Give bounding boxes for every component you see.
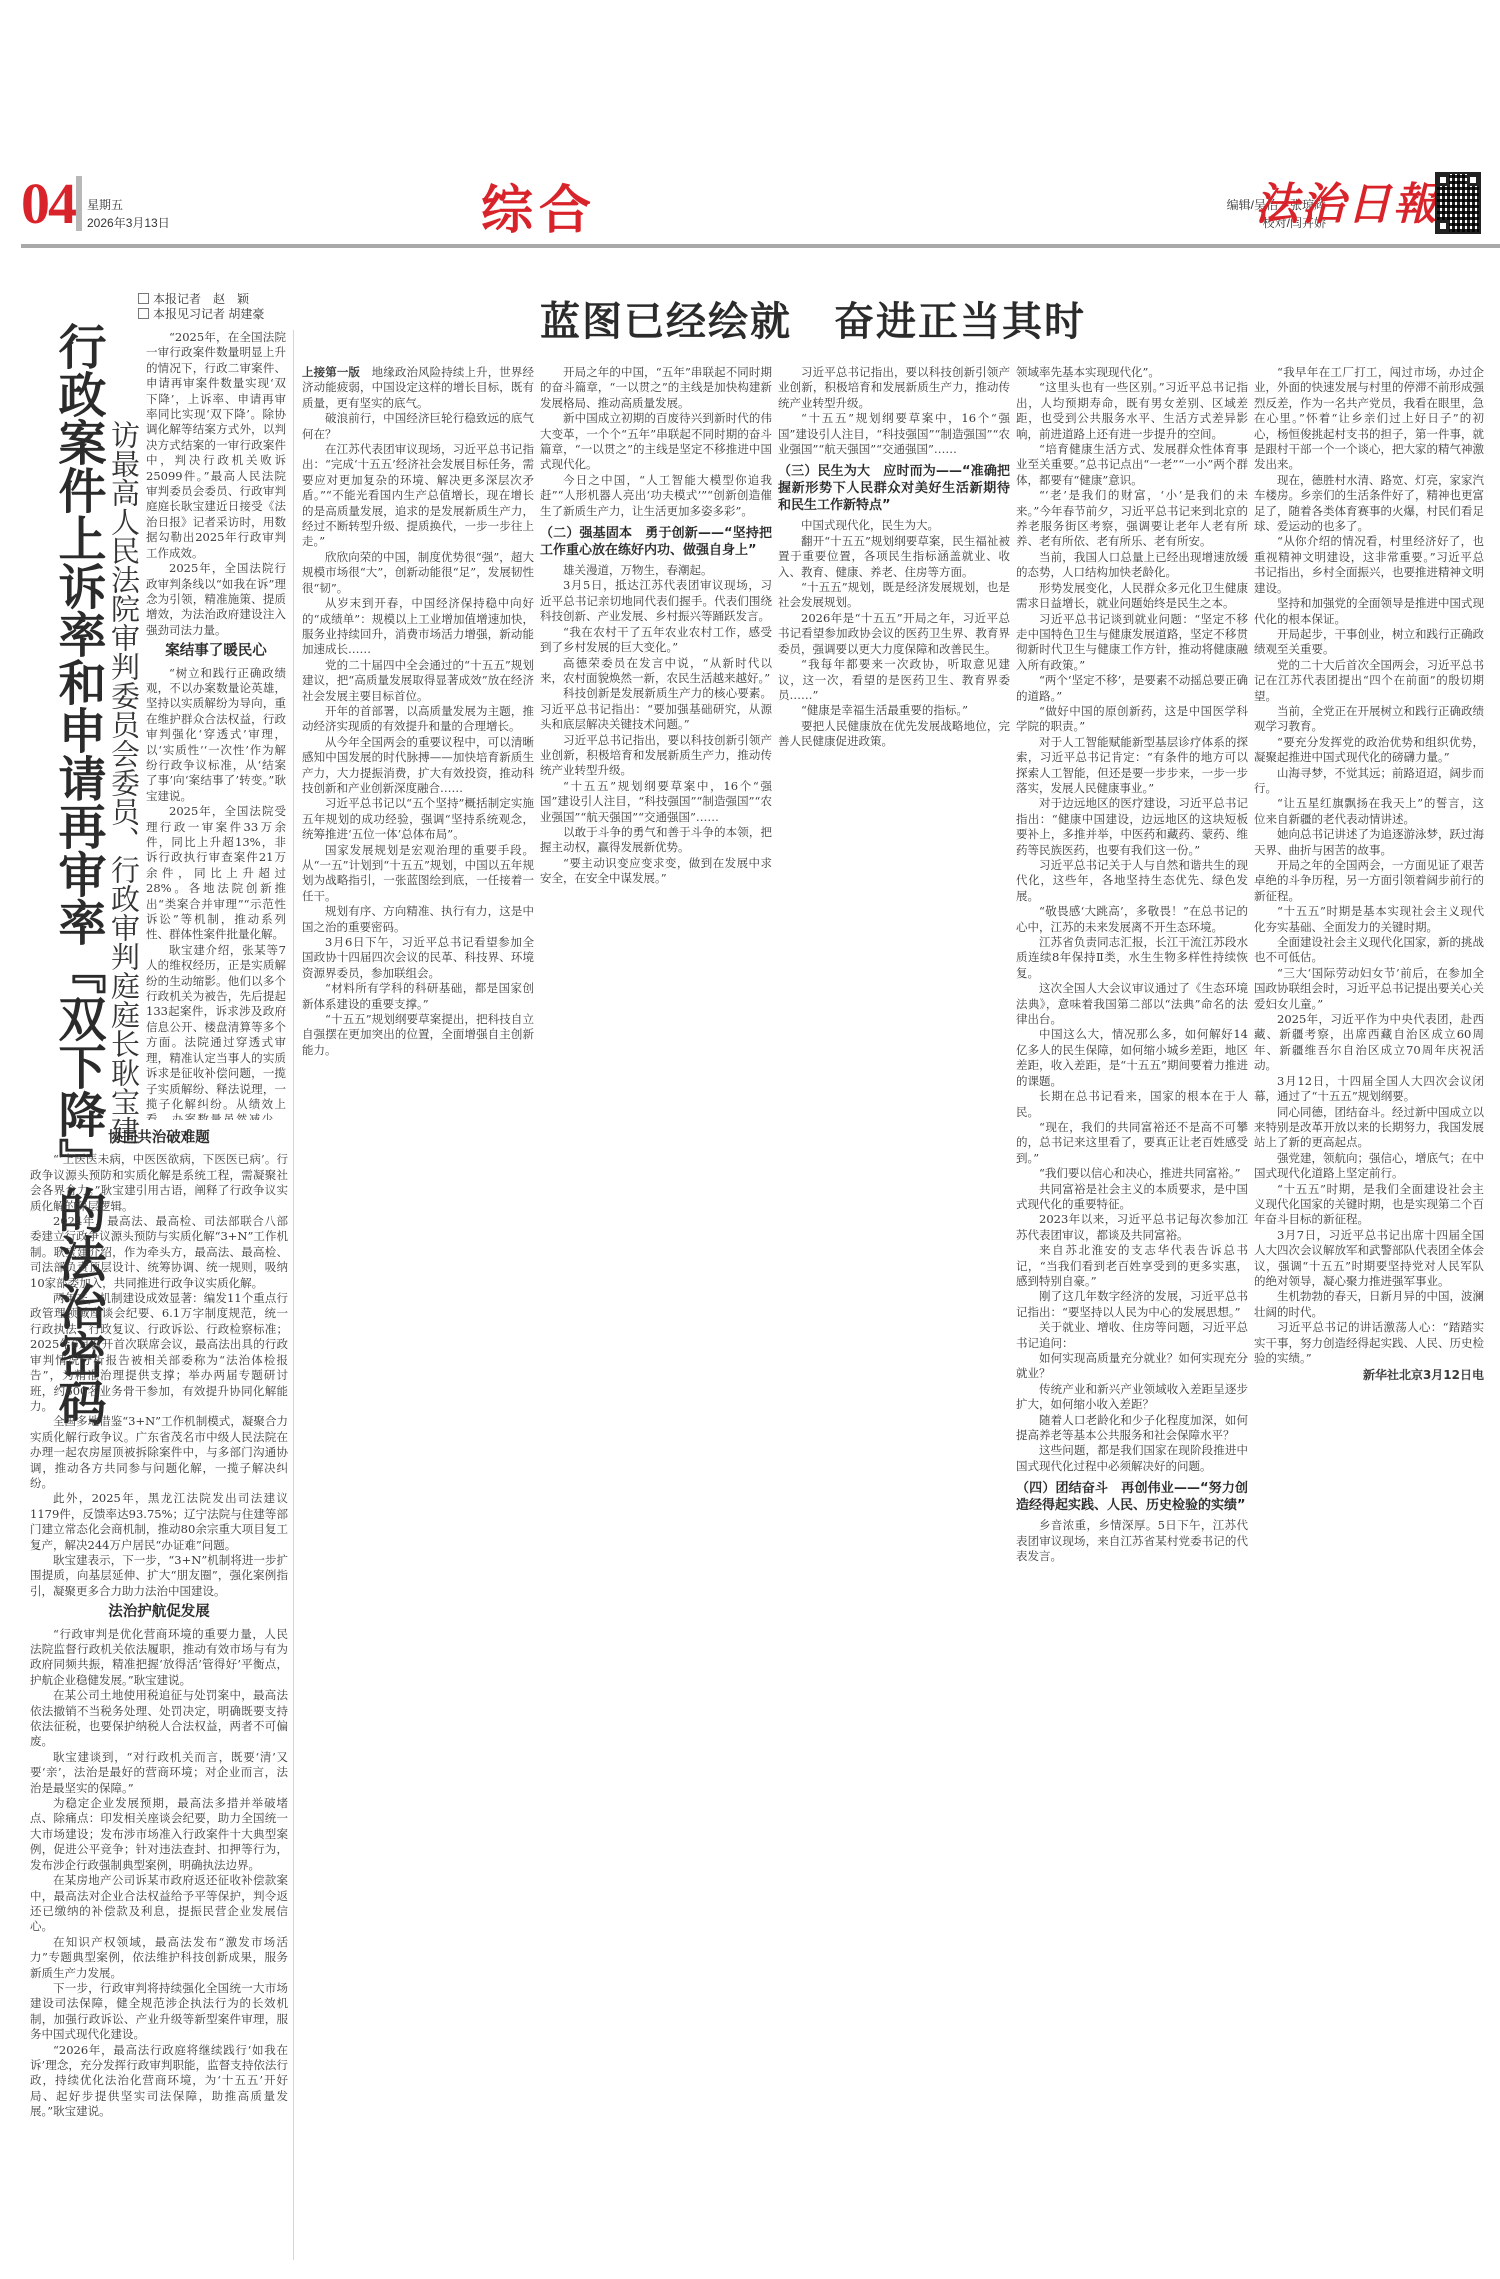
paragraph: 3月6日下午，习近平总书记看望参加全国政协十四届四次会议的民革、科技界、环境资源… [302, 935, 534, 981]
left-article-subheadline: 访最高人民法院审判委员会委员、行政审判庭庭长耿宝建 [107, 420, 141, 1145]
checkbox-square-icon [138, 308, 149, 319]
paragraph: 传统产业和新兴产业领域收入差距呈逐步扩大，如何缩小收入差距？ [1016, 1382, 1248, 1413]
paragraph: 在某房地产公司诉某市政府返还征收补偿款案中，最高法对企业合法权益给予平等保护，判… [30, 1873, 288, 1935]
masthead-divider [21, 244, 1500, 248]
paragraph: 全面建设社会主义现代化国家，新的挑战也不可低估。 [1254, 935, 1484, 966]
issue-date: 2026年3月13日 [87, 214, 170, 231]
section-heading: 案结事了暖民心 [146, 644, 286, 659]
paragraph: 耿宝建谈到，“对行政机关而言，既要‘清’又要‘亲’，法治是最好的营商环境；对企业… [30, 1750, 288, 1796]
paragraph: 欣欣向荣的中国，制度优势很“强”，超大规模市场很“大”，创新动能很“足”，发展韧… [302, 550, 534, 596]
paragraph: “三大‘国际劳动妇女节’前后，在参加全国政协联组会时，习近平总书记提出要关心关爱… [1254, 966, 1484, 1012]
paragraph: 耿宝建表示，下一步，“3+N”机制将进一步扩围提质，向基层延伸、扩大“朋友圈”，… [30, 1553, 288, 1599]
paragraph: 习近平总书记谈到就业问题：“坚定不移走中国特色卫生与健康发展道路，坚定不移贯彻新… [1016, 612, 1248, 674]
paragraph: 破浪前行，中国经济巨轮行稳致远的底气何在？ [302, 411, 534, 442]
paragraph: 耿宝建介绍，张某等7人的维权经历，正是实质解纷的生动缩影。他们以多个行政机关为被… [146, 943, 286, 1120]
paragraph: “从你介绍的情况看，村里经济好了，也重视精神文明建设，这非常重要。”习近平总书记… [1254, 534, 1484, 596]
paragraph: 两年来，机制建设成效显著：编发11个重点行政管理领域座谈会纪要、6.1万字制度规… [30, 1291, 288, 1414]
paragraph: “十五五”时期是基本实现社会主义现代化夯实基础、全面发力的关键时期。 [1254, 904, 1484, 935]
paragraph: “做好中国的原创新药，这是中国医学科学院的职责。” [1016, 704, 1248, 735]
paragraph: “这里头也有一些区别。”习近平总书记指出，人均预期寿命，既有男女差别、区域差距，… [1016, 380, 1248, 442]
dateline: 新华社北京3月12日电 [1254, 1368, 1484, 1383]
paragraph: 规划有序、方向精准、执行有力，这是中国之治的重要密码。 [302, 904, 534, 935]
paragraph: 同心同德，团结奋斗。经过新中国成立以来特别是改革开放以来的长期努力，我国发展站上… [1254, 1105, 1484, 1151]
paragraph: 2024年，最高法、最高检、司法部联合八部委建立行政争议源头预防与实质化解“3+… [30, 1214, 288, 1291]
paragraph: 开局之年的全国两会，一方面见证了艰苦卓绝的斗争历程，另一方面引领着阔步前行的新征… [1254, 858, 1484, 904]
paragraph: 习近平总书记以“五个坚持”概括制定实施五年规划的成功经验，强调“坚持系统观念，统… [302, 796, 534, 842]
paragraph: 2026年是“十五五”开局之年，习近平总书记看望参加政协会议的医药卫生界、教育界… [778, 611, 1010, 657]
paragraph: 她向总书记讲述了为追逐游泳梦，跃过海天界、曲折与困苦的故事。 [1254, 827, 1484, 858]
byline-reporter: 本报记者 赵 颖 [138, 292, 264, 307]
paragraph: 3月5日，抵达江苏代表团审议现场，习近平总书记亲切地同代表们握手。代表们围绕科技… [540, 578, 772, 624]
paragraph: 在江苏代表团审议现场，习近平总书记指出：“完成‘十五五’经济社会发展目标任务，需… [302, 442, 534, 550]
paragraph: 国家发展规划是宏观治理的重要手段。从“一五”计划到“十五五”规划，中国以五年规划… [302, 843, 534, 905]
paragraph: 全国多地借鉴“3+N”工作机制模式，凝聚合力实质化解行政争议。广东省茂名市中级人… [30, 1414, 288, 1491]
paragraph: 现在，德胜村水清、路宽、灯亮，家家汽车楼房。乡亲们的生活条件好了，精神也更富足了… [1254, 473, 1484, 535]
paragraph: 长期在总书记看来，国家的根本在于人民。 [1016, 1089, 1248, 1120]
paragraph: 科技创新是发展新质生产力的核心要素。习近平总书记指出：“要加强基础研究，从源头和… [540, 686, 772, 732]
paragraph: “培育健康生活方式、发展群众性体育事业至关重要。”总书记点出“一老”“一小”两个… [1016, 442, 1248, 488]
paragraph: “十五五”规划，既是经济发展规划，也是社会发展规划。 [778, 580, 1010, 611]
continued-label: 上接第一版 [302, 365, 360, 379]
newspaper-logo: 法治日報 [1255, 168, 1439, 232]
paragraph: “树立和践行正确政绩观，不以办案数量论英雄，坚持以实质解纷为导向，重在维护群众合… [146, 666, 286, 805]
paragraph: “健康是幸福生活最重要的指标。” [778, 703, 1010, 718]
paragraph: 共同富裕是社会主义的本质要求，是中国式现代化的重要特征。 [1016, 1182, 1248, 1213]
column-divider [293, 330, 294, 2260]
left-article-column-1-lower: 此外，各地积极发挥行政机关负责人出庭应诉制度作用，在海南省委、省政府主要负责同志… [30, 1125, 288, 2250]
paragraph: 这次全国人大会议审议通过了《生态环境法典》，意味着我国第二部以“法典”命名的法律… [1016, 981, 1248, 1027]
section-heading: 法治护航促发展 [30, 1605, 288, 1620]
paragraph: 开局起步，干事创业，树立和践行正确政绩观至关重要。 [1254, 627, 1484, 658]
paragraph: “十五五”规划纲要草案提出，把科技自立自强摆在更加突出的位置，全面增强自主创新能… [302, 1012, 534, 1058]
paragraph: “我早年在工厂打工，闯过市场，办过企业，外面的快速发展与村里的停滞不前形成强烈反… [1254, 365, 1484, 473]
paragraph: “让五星红旗飘扬在我天上”的誓言，这位来自新疆的老代表动情讲述。 [1254, 796, 1484, 827]
right-article-column-1: 上接第一版 地缘政治风险持续上升，世界经济动能疲弱，中国设定这样的增长目标，既有… [302, 365, 534, 2255]
paragraph: “我每年都要来一次政协，听取意见建议，这一次，看望的是医药卫生、教育界委员……” [778, 657, 1010, 703]
paragraph: 来自苏北淮安的支志华代表告诉总书记，“当我们看到老百姓享受到的更多实惠，感到特别… [1016, 1243, 1248, 1289]
paragraph: 3月12日，十四届全国人大四次会议闭幕，通过了“十五五”规划纲要。 [1254, 1074, 1484, 1105]
paragraph: “十五五”时期，是我们全面建设社会主义现代化国家的关键时期，也是实现第二个百年奋… [1254, 1182, 1484, 1228]
right-article-column-2: 开局之年的中国，“五年”串联起不同时期的奋斗篇章，“一以贯之”的主线是加快构建新… [540, 365, 772, 2255]
paragraph: 从今年全国两会的重要议程中，可以清晰感知中国发展的时代脉搏——加快培育新质生产力… [302, 735, 534, 797]
paragraph: 习近平总书记关于人与自然和谐共生的现代化，这些年，各地坚持生态优先、绿色发展。 [1016, 858, 1248, 904]
paragraph: “材料所有学科的科研基础，都是国家创新体系建设的重要支撑。” [302, 981, 534, 1012]
paragraph: 生机勃勃的春天，日新月异的中国，波澜壮阔的时代。 [1254, 1289, 1484, 1320]
paragraph: “我在农村干了五年农业农村工作，感受到了乡村发展的巨大变化。” [540, 625, 772, 656]
paragraph: “十五五”规划纲要草案中，16个“强国”建设引人注目，“科技强国”“制造强国”“… [540, 779, 772, 825]
paragraph: 领域率先基本实现现代化”。 [1016, 365, 1248, 380]
right-article-headline: 蓝图已经绘就 奋进正当其时 [540, 290, 1086, 347]
weekday: 星期五 [87, 196, 123, 213]
paragraph: “敬畏感‘大跳高’，多敬畏！”在总书记的心中，江苏的未来发展离不开生态环境。 [1016, 904, 1248, 935]
paragraph: 江苏省负责同志汇报，长江干流江苏段水质连续8年保持Ⅱ类，水生生物多样性持续恢复。 [1016, 935, 1248, 981]
section-heading: （四）团结奋斗 再创伟业——“努力创造经得起实践、人民、历史检验的实绩” [1016, 1480, 1248, 1514]
paragraph: 习近平总书记指出，要以科技创新引领产业创新，积极培育和发展新质生产力，推动传统产… [778, 365, 1010, 411]
paragraph: 中国式现代化，民生为大。 [778, 518, 1010, 533]
paragraph: 当前，我国人口总量上已经出现增速放缓的态势，人口结构加快老龄化。 [1016, 550, 1248, 581]
paragraph: 强党建，领航向；强信心，增底气；在中国式现代化道路上坚定前行。 [1254, 1151, 1484, 1182]
right-article-column-4: 领域率先基本实现现代化”。 “这里头也有一些区别。”习近平总书记指出，人均预期寿… [1016, 365, 1248, 2255]
paragraph: “十五五”规划纲要草案中，16个“强国”建设引人注目，“科技强国”“制造强国”“… [778, 411, 1010, 457]
qr-code-icon[interactable] [1435, 172, 1481, 234]
paragraph: 党的二十大后首次全国两会，习近平总书记在江苏代表团提出“四个在前面”的殷切期望。 [1254, 658, 1484, 704]
masthead: 04 星期五 2026年3月13日 综合 编辑/吴怡 张琼辉 校对/闫卉娇 法治… [21, 160, 1500, 248]
paragraph: 山海寻梦，不觉其远；前路迢迢，阔步而行。 [1254, 766, 1484, 797]
section-heading: 协同共治破难题 [30, 1131, 288, 1146]
byline: 本报记者 赵 颖 本报见习记者 胡建豪 [138, 292, 264, 322]
paragraph: “现在，我们的共同富裕还不是高不可攀的，总书记来这里看了，要真正让老百姓感受到。… [1016, 1120, 1248, 1166]
paragraph: 形势发展变化，人民群众多元化卫生健康需求日益增长，就业问题始终是民生之本。 [1016, 581, 1248, 612]
section-title: 综合 [481, 168, 597, 243]
right-article-column-5: “我早年在工厂打工，闯过市场，办过企业，外面的快速发展与村里的停滞不前形成强烈反… [1254, 365, 1484, 2255]
continued-from-front: 上接第一版 地缘政治风险持续上升，世界经济动能疲弱，中国设定这样的增长目标，既有… [302, 365, 534, 411]
section-heading: （三）民生为大 应时而为——“准确把握新形势下人民群众对美好生活新期待和民生工作… [778, 463, 1010, 514]
page-number: 04 [21, 174, 75, 234]
paragraph: “‘老’是我们的财富，‘小’是我们的未来。”今年春节前夕，习近平总书记来到北京的… [1016, 488, 1248, 550]
paragraph: 要把人民健康放在优先发展战略地位，完善人民健康促进政策。 [778, 719, 1010, 750]
paragraph: 如何实现高质量充分就业？如何实现充分就业？ [1016, 1351, 1248, 1382]
paragraph: 2025年，习近平作为中央代表团，赴西藏、新疆考察，出席西藏自治区成立60周年、… [1254, 1012, 1484, 1074]
paragraph: “两个‘坚定不移’，是要素不动摇总要正确的道路。” [1016, 673, 1248, 704]
paragraph: 此外，2025年，黑龙江法院发出司法建议1179件，反馈率达93.75%；辽宁法… [30, 1491, 288, 1553]
paragraph: 习近平总书记的讲话激荡人心：“踏踏实实干事，努力创造经得起实践、人民、历史检验的… [1254, 1320, 1484, 1366]
paragraph: 3月7日，习近平总书记出席十四届全国人大四次会议解放军和武警部队代表团全体会议，… [1254, 1228, 1484, 1290]
paragraph: 对于边远地区的医疗建设，习近平总书记指出：“健康中国建设，边远地区的这块短板要补… [1016, 796, 1248, 858]
paragraph: 中国这么大，情况那么多，如何解好14亿多人的民生保障，如何缩小城乡差距，地区差距… [1016, 1027, 1248, 1089]
checkbox-square-icon [138, 293, 149, 304]
paragraph: 乡音浓重，乡情深厚。5日下午，江苏代表团审议现场，来自江苏省某村党委书记的代表发… [1016, 1518, 1248, 1564]
paragraph: “2025年，在全国法院一审行政案件数量明显上升的情况下，行政二审案件、申请再审… [146, 330, 286, 561]
paragraph: 下一步，行政审判将持续强化全国统一大市场建设司法保障，健全规范涉企执法行为的长效… [30, 1981, 288, 2043]
paragraph: 在某公司土地使用税追征与处罚案中，最高法依法撤销不当税务处理、处罚决定，明确既要… [30, 1688, 288, 1750]
page-number-divider [76, 176, 82, 231]
paragraph: “‘上医医未病，中医医欲病，下医医已病’。行政争议源头预防和实质化解是系统工程，… [30, 1152, 288, 1214]
paragraph: 从岁末到开春，中国经济保持稳中向好的“成绩单”：规模以上工业增加值增速加快，服务… [302, 596, 534, 658]
paragraph: 今日之中国，“人工智能大模型你追我赶”“人形机器人亮出‘功夫模式’”“创新创造催… [540, 473, 772, 519]
paragraph: 随着人口老龄化和少子化程度加深，如何提高养老等基本公共服务和社会保障水平？ [1016, 1413, 1248, 1444]
paragraph: “要主动识变应变求变，做到在发展中求安全，在安全中谋发展。” [540, 856, 772, 887]
paragraph: 习近平总书记指出，要以科技创新引领产业创新，积极培育和发展新质生产力，推动传统产… [540, 733, 772, 779]
paragraph: 高德荣委员在发言中说，“从新时代以来，农村面貌焕然一新，农民生活越来越好。” [540, 656, 772, 687]
paragraph: 雄关漫道，万物生，春潮起。 [540, 563, 772, 578]
byline-trainee-reporter: 本报见习记者 胡建豪 [138, 307, 264, 322]
paragraph: 新中国成立初期的百废待兴到新时代的伟大变革，一个个“五年”串联起不同时期的奋斗篇… [540, 411, 772, 473]
left-article-column-1: “2025年，在全国法院一审行政案件数量明显上升的情况下，行政二审案件、申请再审… [146, 330, 286, 1120]
paragraph: 对于人工智能赋能新型基层诊疗体系的探索，习近平总书记肯定：“有条件的地方可以探索… [1016, 735, 1248, 797]
paragraph: “要充分发挥党的政治优势和组织优势，凝聚起推进中国式现代化的磅礴力量。” [1254, 735, 1484, 766]
paragraph: “行政审判是优化营商环境的重要力量，人民法院监督行政机关依法履职，推动有效市场与… [30, 1627, 288, 1689]
paragraph: 为稳定企业发展预期，最高法多措并举破堵点、除痛点：印发相关座谈会纪要，助力全国统… [30, 1796, 288, 1873]
paragraph: 党的二十届四中全会通过的“十五五”规划建议，把“高质量发展取得显著成效”放在经济… [302, 658, 534, 704]
paragraph: 刚了这几年数字经济的发展，习近平总书记指出：“要坚持以人民为中心的发展思想。” [1016, 1289, 1248, 1320]
paragraph: “2026年，最高法行政庭将继续践行‘如我在诉’理念，充分发挥行政审判职能，监督… [30, 2043, 288, 2120]
paragraph: 在知识产权领域，最高法发布“激发市场活力”专题典型案例，依法维护科技创新成果，服… [30, 1935, 288, 1981]
paragraph: 这些问题，都是我们国家在现阶段推进中国式现代化过程中必须解决好的问题。 [1016, 1443, 1248, 1474]
paragraph: 翻开“十五五”规划纲要草案，民生福祉被置于重要位置，各项民生指标涵盖就业、收入、… [778, 534, 1010, 580]
paragraph: 2025年，全国法院行政审判条线以“如我在诉”理念为引领，精准施策、提质增效，为… [146, 561, 286, 638]
paragraph: 坚持和加强党的全面领导是推进中国式现代化的根本保证。 [1254, 596, 1484, 627]
paragraph: 关于就业、增收、住房等问题，习近平总书记追问： [1016, 1320, 1248, 1351]
newspaper-page: 04 星期五 2026年3月13日 综合 编辑/吴怡 张琼辉 校对/闫卉娇 法治… [0, 0, 1500, 2279]
section-heading: （二）强基固本 勇于创新——“坚持把工作重心放在练好内功、做强自身上” [540, 525, 772, 559]
paragraph: 2023年以来，习近平总书记每次参加江苏代表团审议，都谈及共同富裕。 [1016, 1212, 1248, 1243]
paragraph: 2025年，全国法院受理行政一审案件33万余件，同比上升超13%，非诉行政执行审… [146, 804, 286, 943]
paragraph: 当前，全党正在开展树立和践行正确政绩观学习教育。 [1254, 704, 1484, 735]
right-article-column-3: 习近平总书记指出，要以科技创新引领产业创新，积极培育和发展新质生产力，推动传统产… [778, 365, 1010, 2255]
paragraph: 以敢于斗争的勇气和善于斗争的本领，把握主动权，赢得发展新优势。 [540, 825, 772, 856]
paragraph: “我们要以信心和决心，推进共同富裕。” [1016, 1166, 1248, 1181]
paragraph: 开局之年的中国，“五年”串联起不同时期的奋斗篇章，“一以贯之”的主线是加快构建新… [540, 365, 772, 411]
paragraph: 开年的首部署，以高质量发展为主题，推动经济实现质的有效提升和量的合理增长。 [302, 704, 534, 735]
